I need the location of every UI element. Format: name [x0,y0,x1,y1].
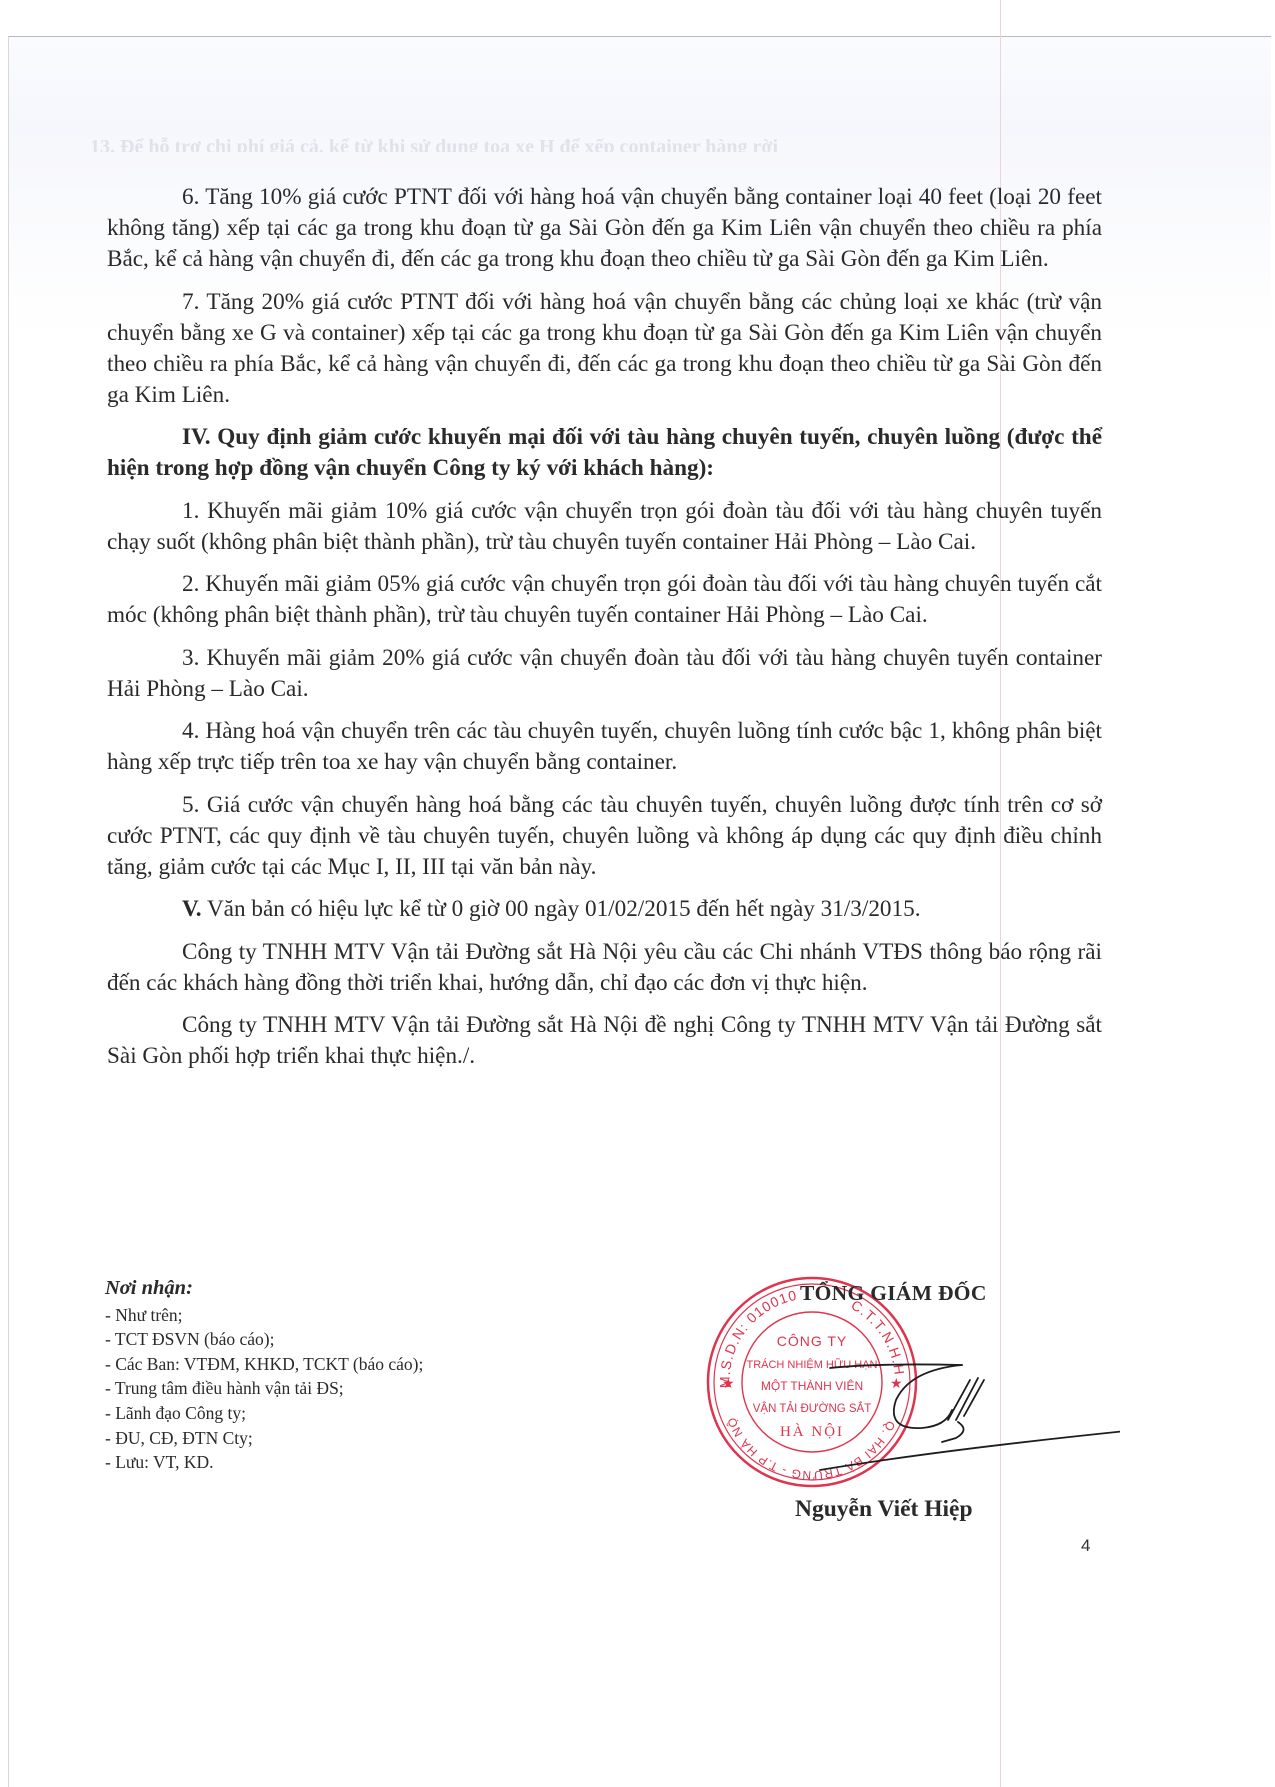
paragraph-iv-4: 4. Hàng hoá vận chuyển trên các tàu chuy… [107,716,1102,778]
signature-block: TỔNG GIÁM ĐỐC M.S.D.N: 010010 C.T.T.N.H.… [700,1270,1120,1570]
paragraph-section-v: V. Văn bản có hiệu lực kể từ 0 giờ 00 ng… [107,894,1102,925]
paragraph-item-6: 6. Tăng 10% giá cước PTNT đối với hàng h… [107,182,1102,275]
recipient-item: - Các Ban: VTĐM, KHKD, TCKT (báo cáo); [105,1352,423,1377]
recipients-block: Nơi nhận: - Như trên; - TCT ĐSVN (báo cá… [105,1276,423,1475]
recipient-item: - Lưu: VT, KD. [105,1450,423,1475]
bleed-through-text: 13. Để hỗ trợ chi phí giá cả, kể từ khi … [90,136,990,152]
recipients-title: Nơi nhận: [105,1276,423,1301]
document-body: 6. Tăng 10% giá cước PTNT đối với hàng h… [107,182,1102,1084]
paragraph-request: Công ty TNHH MTV Vận tải Đường sắt Hà Nộ… [107,937,1102,999]
paragraph-iv-1: 1. Khuyến mãi giảm 10% giá cước vận chuy… [107,496,1102,558]
recipient-item: - ĐU, CĐ, ĐTN Cty; [105,1426,423,1451]
recipient-item: - Trung tâm điều hành vận tải ĐS; [105,1376,423,1401]
paragraph-iv-2: 2. Khuyến mãi giảm 05% giá cước vận chuy… [107,569,1102,631]
recipient-item: - TCT ĐSVN (báo cáo); [105,1327,423,1352]
section-v-label: V. [182,896,202,922]
paragraph-item-7: 7. Tăng 20% giá cước PTNT đối với hàng h… [107,287,1102,411]
signer-name: Nguyễn Viết Hiệp [795,1496,973,1523]
section-v-text: Văn bản có hiệu lực kể từ 0 giờ 00 ngày … [202,896,921,922]
page-number: 4 [1081,1536,1090,1556]
recipient-item: - Như trên; [105,1303,423,1328]
recipient-item: - Lãnh đạo Công ty; [105,1401,423,1426]
handwritten-signature-icon [700,1270,1120,1490]
section-heading-iv: IV. Quy định giảm cước khuyến mại đối vớ… [107,422,1102,484]
paragraph-iv-3: 3. Khuyến mãi giảm 20% giá cước vận chuy… [107,643,1102,705]
paragraph-iv-5: 5. Giá cước vận chuyển hàng hoá bằng các… [107,790,1102,883]
paragraph-proposal: Công ty TNHH MTV Vận tải Đường sắt Hà Nộ… [107,1010,1102,1072]
